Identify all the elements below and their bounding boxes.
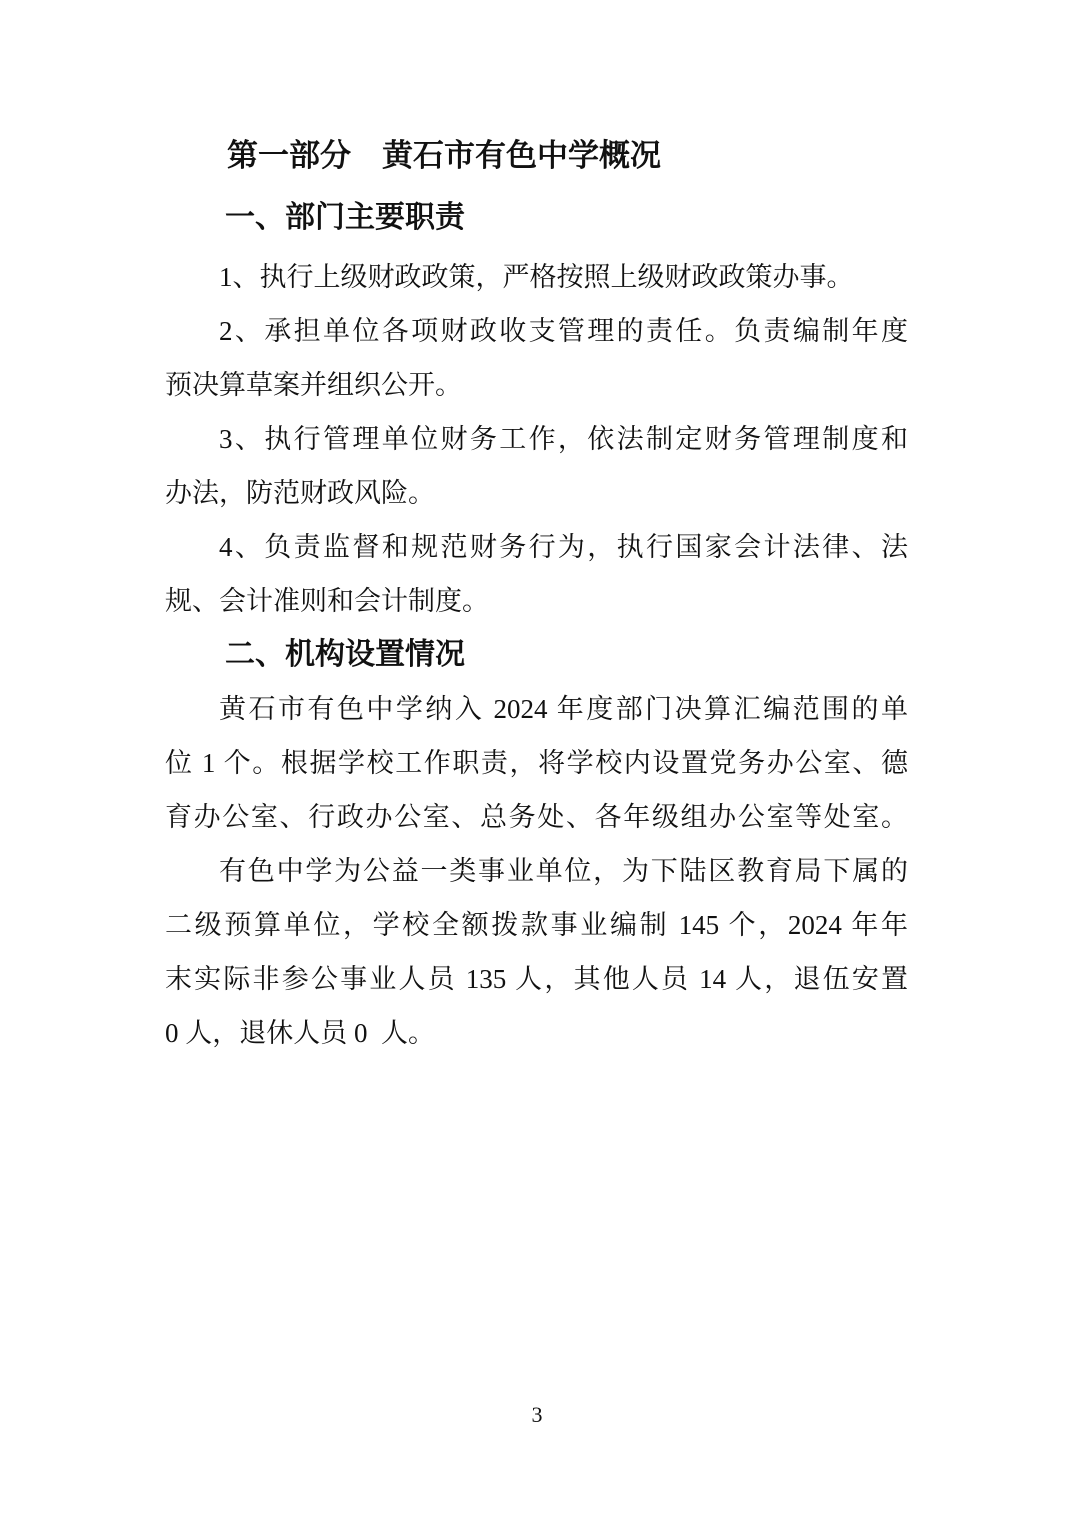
duty-item-2-line-1: 2、承担单位各项财政收支管理的责任。负责编制年度 [165,304,908,358]
org-paragraph-1-line-2: 位 1 个。根据学校工作职责，将学校内设置党务办公室、德 [165,736,908,790]
duty-item-4-line-2: 规、会计准则和会计制度。 [165,574,908,628]
document-page: 第一部分 黄石市有色中学概况 一、部门主要职责 1、执行上级财政政策，严格按照上… [0,0,1074,1520]
org-paragraph-2-line-1: 有色中学为公益一类事业单位，为下陆区教育局下属的 [165,844,908,898]
duty-item-1-line: 1、执行上级财政政策，严格按照上级财政政策办事。 [165,250,908,304]
page-number: 3 [0,1400,1074,1430]
section-2-title: 二、机构设置情况 [165,628,908,682]
duty-item-3-line-1: 3、执行管理单位财务工作，依法制定财务管理制度和 [165,412,908,466]
duty-item-4-line-1: 4、负责监督和规范财务行为，执行国家会计法律、法 [165,520,908,574]
document-body: 第一部分 黄石市有色中学概况 一、部门主要职责 1、执行上级财政政策，严格按照上… [165,136,908,1060]
org-paragraph-2-line-2: 二级预算单位，学校全额拨款事业编制 145 个，2024 年年 [165,898,908,952]
org-paragraph-1-line-3: 育办公室、行政办公室、总务处、各年级组办公室等处室。 [165,790,908,844]
org-paragraph-2-line-3: 末实际非参公事业人员 135 人，其他人员 14 人，退伍安置 [165,952,908,1006]
section-1-title: 一、部门主要职责 [165,198,908,238]
part-heading: 第一部分 黄石市有色中学概况 [165,136,908,176]
org-paragraph-1-line-1: 黄石市有色中学纳入 2024 年度部门决算汇编范围的单 [165,682,908,736]
org-paragraph-2-line-4: 0 人，退休人员 0 人。 [165,1006,908,1060]
duty-item-3-line-2: 办法，防范财政风险。 [165,466,908,520]
duty-item-2-line-2: 预决算草案并组织公开。 [165,358,908,412]
